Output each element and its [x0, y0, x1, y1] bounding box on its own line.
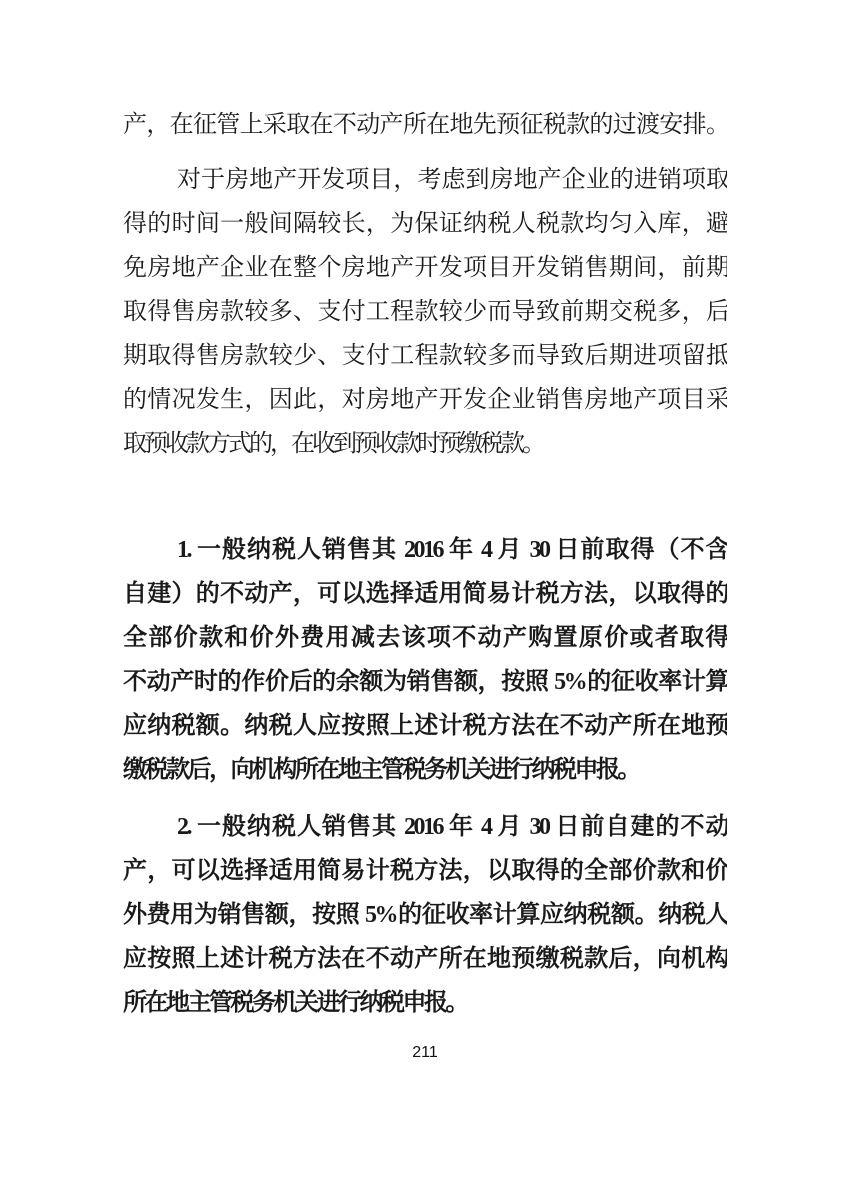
text-line: 的情况发生，因此，对房地产开发企业销售房地产项目采: [123, 378, 727, 422]
text-line: 不动产时的作价后的余额为销售额，按照 5%的征收率计算: [123, 660, 727, 704]
list-item-2: 2. 一般纳税人销售其 2016 年 4 月 30 日前自建的不动 产，可以选择…: [123, 805, 727, 1025]
text-line: 应纳税额。纳税人应按照上述计税方法在不动产所在地预: [123, 704, 727, 748]
text-line: 1. 一般纳税人销售其 2016 年 4 月 30 日前取得（不含: [123, 528, 727, 572]
text-line: 期取得售房款较少、支付工程款较多而导致后期进项留抵: [123, 334, 727, 378]
paragraph-continuation: 产，在征管上采取在不动产所在地先预征税款的过渡安排。: [123, 103, 727, 147]
text-line: 自建）的不动产，可以选择适用简易计税方法，以取得的: [123, 572, 727, 616]
text-line: 对于房地产开发项目，考虑到房地产企业的进销项取: [123, 158, 727, 202]
text-line: 2. 一般纳税人销售其 2016 年 4 月 30 日前自建的不动: [123, 805, 727, 849]
text-line: 取预收款方式的，在收到预收款时预缴税款。: [123, 422, 727, 466]
text-line: 全部价款和价外费用减去该项不动产购置原价或者取得: [123, 616, 727, 660]
text-line: 取得售房款较多、支付工程款较少而导致前期交税多，后: [123, 290, 727, 334]
list-item-1: 1. 一般纳税人销售其 2016 年 4 月 30 日前取得（不含 自建）的不动…: [123, 528, 727, 792]
text-line: 免房地产企业在整个房地产开发项目开发销售期间，前期: [123, 246, 727, 290]
text-line: 缴税款后，向机构所在地主管税务机关进行纳税申报。: [123, 748, 727, 792]
blank-line-spacer: [123, 466, 727, 528]
text-line: 得的时间一般间隔较长，为保证纳税人税款均匀入库，避: [123, 202, 727, 246]
document-page: 产，在征管上采取在不动产所在地先预征税款的过渡安排。 对于房地产开发项目，考虑到…: [0, 0, 850, 1202]
paragraph-overview: 对于房地产开发项目，考虑到房地产企业的进销项取 得的时间一般间隔较长，为保证纳税…: [123, 158, 727, 466]
text-line: 应按照上述计税方法在不动产所在地预缴税款后，向机构: [123, 937, 727, 981]
text-line: 外费用为销售额，按照 5%的征收率计算应纳税额。纳税人: [123, 893, 727, 937]
page-content: 产，在征管上采取在不动产所在地先预征税款的过渡安排。 对于房地产开发项目，考虑到…: [123, 103, 727, 1025]
text-line: 产，可以选择适用简易计税方法，以取得的全部价款和价: [123, 849, 727, 893]
text-line: 产，在征管上采取在不动产所在地先预征税款的过渡安排。: [123, 103, 727, 147]
page-number: 211: [0, 1044, 850, 1062]
text-line: 所在地主管税务机关进行纳税申报。: [123, 981, 727, 1025]
